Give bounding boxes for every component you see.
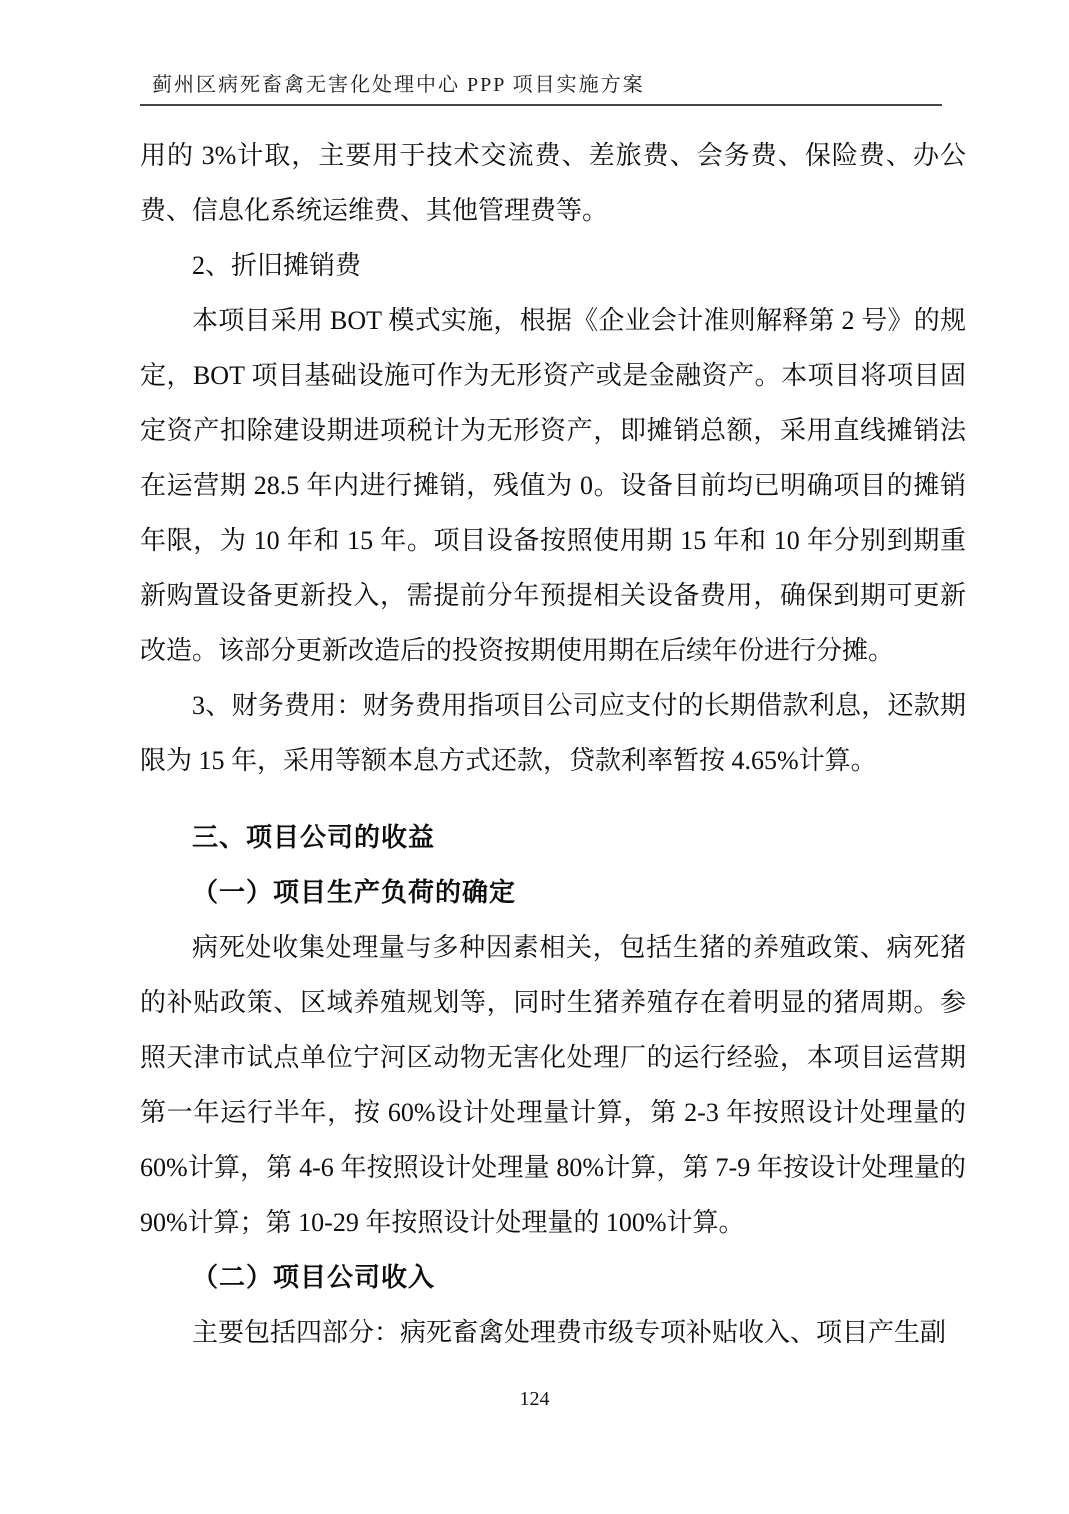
paragraph-management-fee-continuation: 用的 3%计取，主要用于技术交流费、差旅费、会务费、保险费、办公费、信息化系统运… xyxy=(140,128,966,238)
paragraph-company-income: 主要包括四部分：病死畜禽处理费市级专项补贴收入、项目产生副 xyxy=(140,1305,966,1360)
page-number: 124 xyxy=(0,1388,1069,1411)
paragraph-depreciation-amortization: 本项目采用 BOT 模式实施，根据《企业会计准则解释第 2 号》的规定，BOT … xyxy=(140,293,966,678)
document-page: 蓟州区病死畜禽无害化处理中心 PPP 项目实施方案 用的 3%计取，主要用于技术… xyxy=(0,0,1069,1514)
paragraph-finance-cost: 3、财务费用：财务费用指项目公司应支付的长期借款利息，还款期限为 15 年，采用… xyxy=(140,678,966,788)
header-title: 蓟州区病死畜禽无害化处理中心 PPP 项目实施方案 xyxy=(140,68,942,97)
document-body: 用的 3%计取，主要用于技术交流费、差旅费、会务费、保险费、办公费、信息化系统运… xyxy=(140,128,966,1360)
subsection-heading-production-load: （一）项目生产负荷的确定 xyxy=(140,865,966,920)
paragraph-production-load: 病死处收集处理量与多种因素相关，包括生猪的养殖政策、病死猪的补贴政策、区域养殖规… xyxy=(140,920,966,1250)
section-heading-company-revenue: 三、项目公司的收益 xyxy=(140,810,966,865)
page-header: 蓟州区病死畜禽无害化处理中心 PPP 项目实施方案 xyxy=(140,68,942,106)
list-item-depreciation-title: 2、折旧摊销费 xyxy=(140,238,966,293)
subsection-heading-company-income: （二）项目公司收入 xyxy=(140,1250,966,1305)
